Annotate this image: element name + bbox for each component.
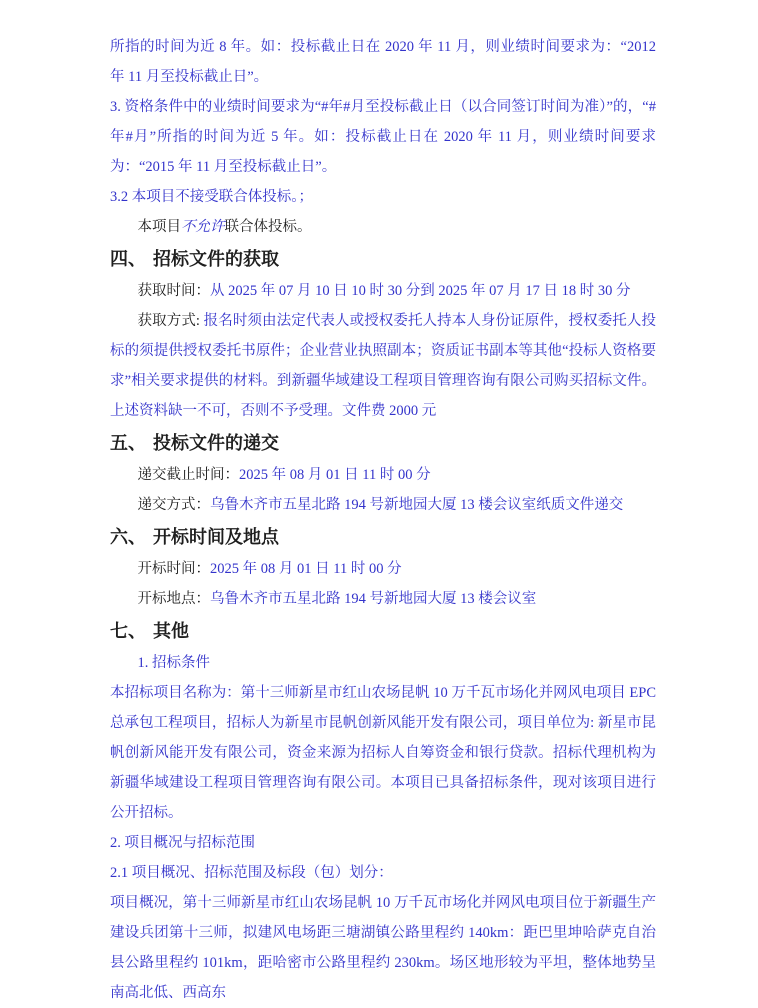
text-run: 招标文件的获取 — [153, 249, 279, 269]
paragraph: 1. 招标条件 — [110, 648, 656, 678]
paragraph: 所指的时间为近 8 年。如：投标截止日在 2020 年 11 月，则业绩时间要求… — [110, 32, 656, 92]
text-run: 不允许 — [181, 219, 225, 235]
paragraph: 开标地点：乌鲁木齐市五星北路 194 号新地园大厦 13 楼会议室 — [110, 584, 656, 614]
text-run: 乌鲁木齐市五星北路 194 号新地园大厦 13 楼会议室纸质文件递交 — [210, 497, 623, 513]
text-run: 开标时间及地点 — [153, 527, 279, 547]
text-run: 五、 — [110, 433, 146, 453]
text-run: 六、 — [110, 527, 146, 547]
text-run: 2. 项目概况与招标范围 — [110, 835, 255, 851]
paragraph: 本项目不允许联合体投标。 — [110, 212, 656, 242]
paragraph: 项目概况，第十三师新星市红山农场昆帆 10 万千瓦市场化并网风电项目位于新疆生产… — [110, 888, 656, 940]
text-run: 开标地点： — [138, 591, 211, 607]
paragraph: 本招标项目名称为：第十三师新星市红山农场昆帆 10 万千瓦市场化并网风电项目 E… — [110, 678, 656, 828]
text-run: 3. 资格条件中的业绩时间要求为“#年#月至投标截止日（以合同签订时间为准）”的… — [110, 99, 656, 175]
paragraph: 2.1 项目概况、招标范围及标段（包）划分： — [110, 858, 656, 888]
text-run: 获取时间： — [138, 283, 211, 299]
text-run: 1. 招标条件 — [138, 655, 211, 671]
paragraph: 3. 资格条件中的业绩时间要求为“#年#月至投标截止日（以合同签订时间为准）”的… — [110, 92, 656, 182]
text-run: 七、 — [110, 621, 146, 641]
text-run: 其他 — [153, 621, 189, 641]
paragraph: 2. 项目概况与招标范围 — [110, 828, 656, 858]
text-run: 获取方式: — [138, 313, 204, 329]
text-run: 所指的时间为近 8 年。如：投标截止日在 2020 年 11 月，则业绩时间要求… — [110, 39, 656, 85]
paragraph: 3.2 本项目不接受联合体投标。； — [110, 182, 656, 212]
text-run: 开标时间： — [138, 561, 211, 577]
text-run: 本招标项目名称为：第十三师新星市红山农场昆帆 10 万千瓦市场化并网风电项目 E… — [110, 685, 656, 821]
text-run: 2025 年 08 月 01 日 11 时 00 分 — [210, 561, 402, 577]
text-run: 递交截止时间： — [138, 467, 240, 483]
paragraph: 递交截止时间：2025 年 08 月 01 日 11 时 00 分 — [110, 460, 656, 490]
text-run: 递交方式： — [138, 497, 211, 513]
text-run: 四、 — [110, 249, 146, 269]
text-run: 项目概况，第十三师新星市红山农场昆帆 10 万千瓦市场化并网风电项目位于新疆生产… — [110, 895, 656, 940]
section-heading: 四、招标文件的获取 — [110, 243, 656, 276]
paragraph: 获取方式: 报名时须由法定代表人或授权委托人持本人身份证原件，授权委托人投标的须… — [110, 306, 656, 426]
text-run: 从 2025 年 07 月 10 日 10 时 30 分到 2025 年 07 … — [210, 283, 631, 299]
text-run: 本项目 — [138, 219, 182, 235]
text-run: 2.1 项目概况、招标范围及标段（包）划分： — [110, 865, 393, 881]
paragraph: 获取时间：从 2025 年 07 月 10 日 10 时 30 分到 2025 … — [110, 276, 656, 306]
section-heading: 六、开标时间及地点 — [110, 521, 656, 554]
text-run: 联合体投标。 — [225, 219, 312, 235]
document-body: 所指的时间为近 8 年。如：投标截止日在 2020 年 11 月，则业绩时间要求… — [110, 32, 656, 940]
paragraph: 递交方式：乌鲁木齐市五星北路 194 号新地园大厦 13 楼会议室纸质文件递交 — [110, 490, 656, 520]
text-run: 3.2 本项目不接受联合体投标。； — [110, 189, 313, 205]
text-run: 投标文件的递交 — [153, 433, 279, 453]
text-run: 乌鲁木齐市五星北路 194 号新地园大厦 13 楼会议室 — [210, 591, 536, 607]
paragraph: 开标时间：2025 年 08 月 01 日 11 时 00 分 — [110, 554, 656, 584]
section-heading: 五、投标文件的递交 — [110, 427, 656, 460]
text-run: 2025 年 08 月 01 日 11 时 00 分 — [239, 467, 431, 483]
section-heading: 七、其他 — [110, 615, 656, 648]
